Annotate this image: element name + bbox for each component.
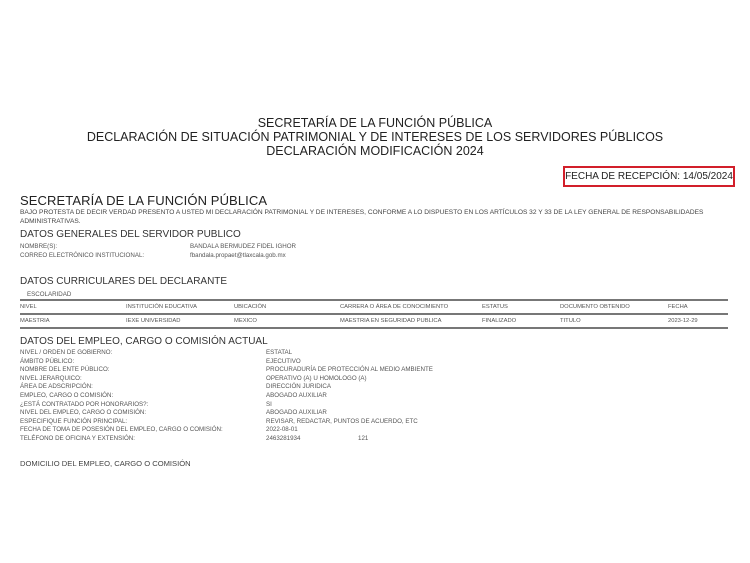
field-row: FECHA DE TOMA DE POSESIÓN DEL EMPLEO, CA… <box>20 426 520 435</box>
table-header-row: NIVEL INSTITUCIÓN EDUCATIVA UBICACIÓN CA… <box>20 300 728 314</box>
field-row: ÁMBITO PÚBLICO: EJECUTIVO <box>20 358 520 367</box>
table-cell: 2023-12-29 <box>668 314 728 328</box>
field-row: NIVEL / ORDEN DE GOBIERNO: ESTATAL <box>20 349 520 358</box>
field-value: DIRECCIÓN JURIDICA <box>266 383 331 392</box>
declaration-statement: BAJO PROTESTA DE DECIR VERDAD PRESENTO A… <box>20 209 732 226</box>
phone-number: 2463281934 <box>266 435 300 444</box>
field-label: NOMBRE(S): <box>20 243 57 252</box>
column-header: NIVEL <box>20 300 126 314</box>
column-header: CARRERA O ÁREA DE CONOCIMIENTO <box>340 300 482 314</box>
field-row-name: NOMBRE(S): BANDALA BERMUDEZ FIDEL IGHOR <box>20 243 420 252</box>
column-header: UBICACIÓN <box>234 300 340 314</box>
field-label: NOMBRE DEL ENTE PÚBLICO: <box>20 366 110 375</box>
field-value: REVISAR, REDACTAR, PUNTOS DE ACUERDO, ET… <box>266 418 418 427</box>
field-value: SI <box>266 401 272 410</box>
field-label: TELÉFONO DE OFICINA Y EXTENSIÓN: <box>20 435 135 444</box>
main-title: SECRETARÍA DE LA FUNCIÓN PÚBLICA <box>20 193 267 208</box>
document-header: SECRETARÍA DE LA FUNCIÓN PÚBLICA DECLARA… <box>0 116 750 158</box>
field-row: ÁREA DE ADSCRIPCIÓN: DIRECCIÓN JURIDICA <box>20 383 520 392</box>
header-line-2: DECLARACIÓN DE SITUACIÓN PATRIMONIAL Y D… <box>0 130 750 144</box>
field-label: ESPECIFIQUE FUNCIÓN PRINCIPAL: <box>20 418 127 427</box>
column-header: FECHA <box>668 300 728 314</box>
field-value: fbandala.propaet@tlaxcala.gob.mx <box>190 252 286 261</box>
field-row-phone: TELÉFONO DE OFICINA Y EXTENSIÓN: 2463281… <box>20 435 520 444</box>
employment-fields: NIVEL / ORDEN DE GOBIERNO: ESTATAL ÁMBIT… <box>20 349 520 444</box>
table-cell: FINALIZADO <box>482 314 560 328</box>
subsection-escolaridad: ESCOLARIDAD <box>27 291 71 298</box>
field-row: ESPECIFIQUE FUNCIÓN PRINCIPAL: REVISAR, … <box>20 418 520 427</box>
section-title-curricular: DATOS CURRICULARES DEL DECLARANTE <box>20 276 227 287</box>
table-cell: MAESTRIA <box>20 314 126 328</box>
header-line-1: SECRETARÍA DE LA FUNCIÓN PÚBLICA <box>0 116 750 130</box>
column-header: INSTITUCIÓN EDUCATIVA <box>126 300 234 314</box>
field-row-email: CORREO ELECTRÓNICO INSTITUCIONAL: fbanda… <box>20 252 420 261</box>
table-cell: IEXE UNIVERSIDAD <box>126 314 234 328</box>
table-row: MAESTRIA IEXE UNIVERSIDAD MEXICO MAESTRI… <box>20 314 728 328</box>
field-value: OPERATIVO (A) U HOMOLOGO (A) <box>266 375 367 384</box>
field-row: ¿ESTÁ CONTRATADO POR HONORARIOS?: SI <box>20 401 520 410</box>
section-title-employment: DATOS DEL EMPLEO, CARGO O COMISIÓN ACTUA… <box>20 336 268 347</box>
table-cell: MEXICO <box>234 314 340 328</box>
field-value: ABOGADO AUXILIAR <box>266 392 327 401</box>
field-label: ÁMBITO PÚBLICO: <box>20 358 74 367</box>
field-label: CORREO ELECTRÓNICO INSTITUCIONAL: <box>20 252 144 261</box>
field-value: PROCURADURÍA DE PROTECCIÓN AL MEDIO AMBI… <box>266 366 433 375</box>
field-label: NIVEL DEL EMPLEO, CARGO O COMISIÓN: <box>20 409 146 418</box>
table-cell: TITULO <box>560 314 668 328</box>
receipt-date-highlight: FECHA DE RECEPCIÓN: 14/05/2024 <box>563 166 735 187</box>
column-header: ESTATUS <box>482 300 560 314</box>
field-label: NIVEL / ORDEN DE GOBIERNO: <box>20 349 112 358</box>
section-title-general: DATOS GENERALES DEL SERVIDOR PUBLICO <box>20 229 241 240</box>
field-value: EJECUTIVO <box>266 358 301 367</box>
education-table: NIVEL INSTITUCIÓN EDUCATIVA UBICACIÓN CA… <box>20 299 728 329</box>
field-value: 2022-08-01 <box>266 426 298 435</box>
phone-extension: 121 <box>358 435 368 444</box>
field-row: EMPLEO, CARGO O COMISIÓN: ABOGADO AUXILI… <box>20 392 520 401</box>
section-title-address: DOMICILIO DEL EMPLEO, CARGO O COMISIÓN <box>20 459 191 468</box>
field-row: NIVEL DEL EMPLEO, CARGO O COMISIÓN: ABOG… <box>20 409 520 418</box>
field-value: ABOGADO AUXILIAR <box>266 409 327 418</box>
header-line-3: DECLARACIÓN MODIFICACIÓN 2024 <box>0 144 750 158</box>
field-label: ÁREA DE ADSCRIPCIÓN: <box>20 383 93 392</box>
field-row: NOMBRE DEL ENTE PÚBLICO: PROCURADURÍA DE… <box>20 366 520 375</box>
field-value: BANDALA BERMUDEZ FIDEL IGHOR <box>190 243 296 252</box>
table-cell: MAESTRIA EN SEGURIDAD PUBLICA <box>340 314 482 328</box>
field-label: NIVEL JERARQUICO: <box>20 375 82 384</box>
field-label: FECHA DE TOMA DE POSESIÓN DEL EMPLEO, CA… <box>20 426 223 435</box>
field-row: NIVEL JERARQUICO: OPERATIVO (A) U HOMOLO… <box>20 375 520 384</box>
field-value: ESTATAL <box>266 349 292 358</box>
field-label: ¿ESTÁ CONTRATADO POR HONORARIOS?: <box>20 401 148 410</box>
general-fields: NOMBRE(S): BANDALA BERMUDEZ FIDEL IGHOR … <box>20 243 420 260</box>
field-label: EMPLEO, CARGO O COMISIÓN: <box>20 392 113 401</box>
column-header: DOCUMENTO OBTENIDO <box>560 300 668 314</box>
